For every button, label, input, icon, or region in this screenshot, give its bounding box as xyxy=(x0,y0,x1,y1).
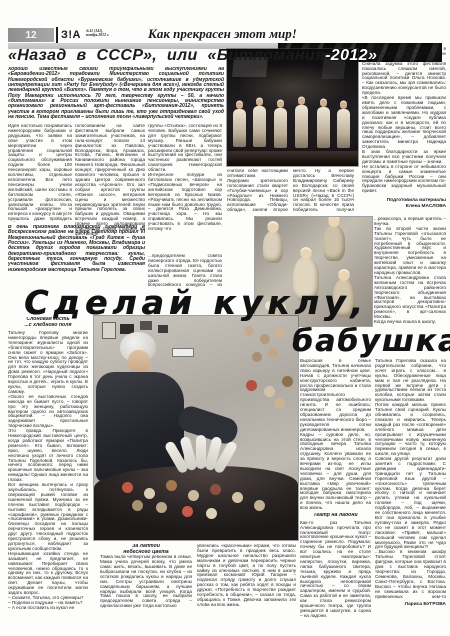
woman-body xyxy=(96,372,184,482)
article1-column-3: группы «Отыбка», состоящей из 8 человек.… xyxy=(148,124,222,251)
article2-intro: В день праздника Владимирской Богоматери… xyxy=(8,225,145,287)
header-divider xyxy=(56,27,58,43)
article1-signature: Подготовила материалы Елена МАСЛОВА xyxy=(362,198,446,209)
doll-figure xyxy=(323,225,345,261)
article2-right-top-column: ...режиссера, а первый зритель – внучка.… xyxy=(374,217,446,325)
issue-date: ноябрь 2012 г. xyxy=(86,33,136,37)
article1-lede: Хорошо известные своими триумфальными вы… xyxy=(8,67,224,121)
page-number-box: 12 xyxy=(8,28,54,42)
article2-family-text: Томка была четвертым ребенком в семье. М… xyxy=(100,555,192,609)
newspaper-logo: З!А xyxy=(61,29,81,41)
article1-column-1: Идея настолько понравилась нижегородским… xyxy=(8,124,72,222)
article2-bio-column: Выросшая в семье автозаводцев, Татьяна н… xyxy=(300,359,371,634)
article2-family-column: За лаптой небесного цвета Томка была чет… xyxy=(100,544,192,634)
article2-bio-text: Выросшая в семье автозаводцев, Татьяна н… xyxy=(300,359,371,511)
article1-right-column: прекрасно разбираются в современном иску… xyxy=(362,47,446,196)
article1-headline: «Назад в СССР», или «Битломания-2012» xyxy=(8,47,377,65)
page-number: 12 xyxy=(25,30,36,41)
page-motto: Как прекрасен этот мир! xyxy=(148,26,297,42)
wall-picture-frame xyxy=(102,322,116,339)
subheading-ivory-line2: ...с хлебного поля xyxy=(8,323,88,329)
wall-picture-frame xyxy=(140,321,152,330)
article1-signature-name: Елена МАСЛОВА xyxy=(362,204,446,210)
article2-signature-name: Лариса БУГРОВА xyxy=(375,602,446,608)
hanging-dolls xyxy=(244,326,254,336)
table-dolls xyxy=(122,482,133,493)
woman-face xyxy=(128,350,150,374)
subheading-theatre: Театр на ладони xyxy=(300,513,371,519)
performer-figure xyxy=(274,108,287,148)
article2-headline-part1: Сделай куклу, xyxy=(24,286,368,319)
article2-classroom-text: Татьяна Горелова сказала на родительском… xyxy=(375,359,446,599)
exhibit-label xyxy=(172,348,194,357)
article2-school-column: увлеклись «красочными» играми, что готов… xyxy=(197,544,296,634)
article1-column-4: считали себя настоящими оптимистами. Лид… xyxy=(227,169,354,215)
performer-figure xyxy=(317,107,330,148)
article2-bio-text-2: Как-то раз Татьяна Александровна прочита… xyxy=(300,521,371,619)
article1-headline-tail: -2012» xyxy=(325,47,377,64)
performer-figure xyxy=(253,106,266,147)
doll-figure xyxy=(263,231,283,263)
article1-headline-main: «Назад в СССР», или «Битломания xyxy=(8,47,325,64)
wall-picture-frame xyxy=(158,325,168,333)
article2-headline-part2: бабушка! xyxy=(292,327,450,357)
newspaper-page: 12 З!А №11 (141), ноябрь 2012 г. Как пре… xyxy=(0,0,450,636)
performer-figure xyxy=(295,105,308,148)
display-table xyxy=(94,466,298,540)
performer-figure xyxy=(233,109,246,147)
issue-info: №11 (141), ноябрь 2012 г. xyxy=(86,29,136,38)
subheading-lapta: За лаптой небесного цвета xyxy=(100,544,192,555)
stage-concert-photo xyxy=(227,49,358,166)
article2-classroom-column: Татьяна Горелова сказала на родительском… xyxy=(375,359,446,634)
stage-floor xyxy=(227,151,358,166)
shelf-dolls xyxy=(246,380,257,391)
article2-left-column: Татьяну Горелову многие нижегородцы впер… xyxy=(8,331,88,634)
performer-figure xyxy=(337,109,350,148)
craftswoman-photo xyxy=(94,316,298,540)
